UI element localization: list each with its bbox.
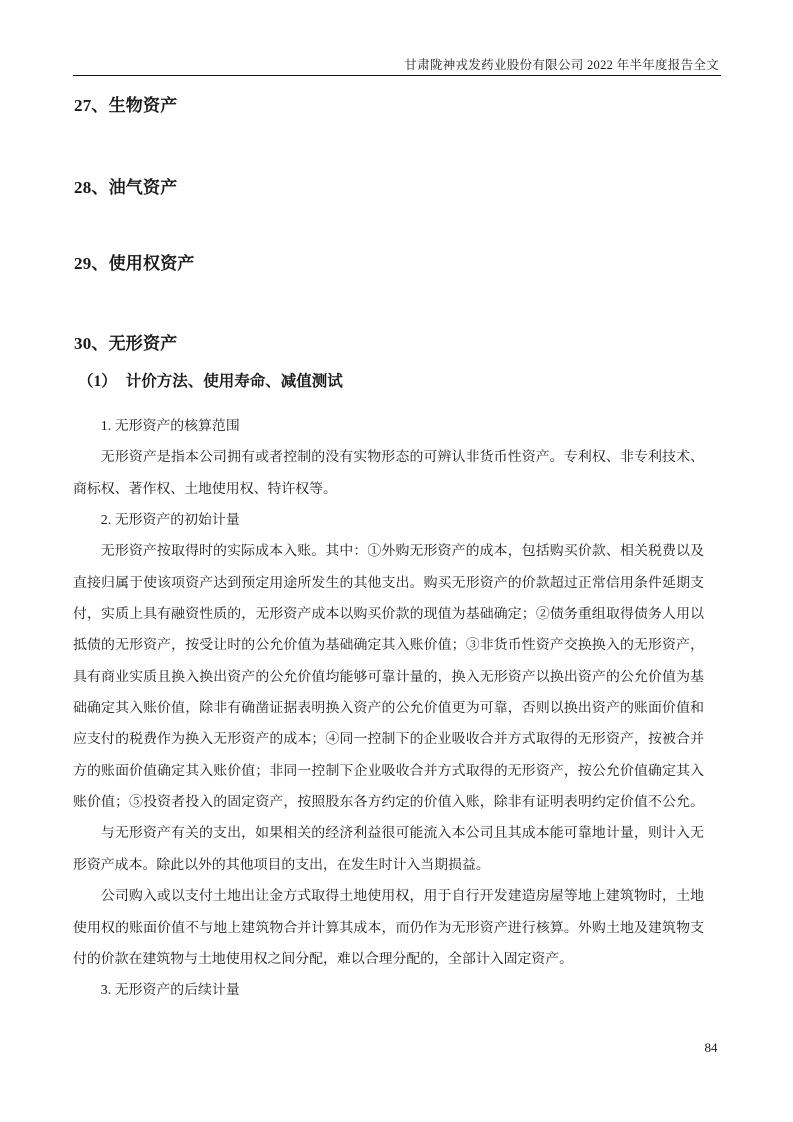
running-header: 甘肃陇神戎发药业股份有限公司 2022 年半年度报告全文 — [73, 56, 719, 74]
section-heading-28-oil-gas-assets: 28、油气资产 — [74, 176, 177, 200]
body-line: 3. 无形资产的后续计量 — [73, 975, 704, 1006]
report-page: 甘肃陇神戎发药业股份有限公司 2022 年半年度报告全文 27、生物资产 28、… — [0, 0, 793, 1122]
body-line: 础确定其入账价值，除非有确凿证据表明换入资产的公允价值更为可靠，否则以换出资产的… — [73, 693, 704, 724]
section-heading-27-biological-assets: 27、生物资产 — [74, 94, 177, 118]
page-number: 84 — [695, 1040, 727, 1056]
body-line: 账价值；⑤投资者投入的固定资产，按照股东各方约定的价值入账，除非有证明表明约定价… — [73, 787, 704, 818]
body-line: 公司购入或以支付土地出让金方式取得土地使用权，用于自行开发建造房屋等地上建筑物时… — [73, 881, 704, 912]
body-line: 与无形资产有关的支出，如果相关的经济利益很可能流入本公司且其成本能可靠地计量，则… — [73, 818, 704, 849]
header-title: 甘肃陇神戎发药业股份有限公司 2022 年半年度报告全文 — [404, 58, 719, 72]
body-text: 1. 无形资产的核算范围无形资产是指本公司拥有或者控制的没有实物形态的可辨认非货… — [73, 411, 704, 1007]
body-line: 无形资产是指本公司拥有或者控制的没有实物形态的可辨认非货币性资产。专利权、非专利… — [73, 442, 704, 473]
section-heading-29-right-of-use-assets: 29、使用权资产 — [74, 252, 195, 276]
subsection-title: 计价方法、使用寿命、减值测试 — [126, 373, 343, 390]
body-line: 付的价款在建筑物与土地使用权之间分配，难以合理分配的，全部计入固定资产。 — [73, 944, 704, 975]
body-line: 形资产成本。除此以外的其他项目的支出，在发生时计入当期损益。 — [73, 850, 704, 881]
body-line: 直接归属于使该项资产达到预定用途所发生的其他支出。购买无形资产的价款超过正常信用… — [73, 568, 704, 599]
body-line: 商标权、著作权、土地使用权、特许权等。 — [73, 474, 704, 505]
body-line: 抵债的无形资产，按受让时的公允价值为基础确定其入账价值；③非货币性资产交换换入的… — [73, 630, 704, 661]
subsection-label: （1） — [78, 373, 117, 390]
body-line: 付，实质上具有融资性质的，无形资产成本以购买价款的现值为基础确定；②债务重组取得… — [73, 599, 704, 630]
body-line: 2. 无形资产的初始计量 — [73, 505, 704, 536]
header-divider — [73, 75, 721, 76]
body-line: 无形资产按取得时的实际成本入账。其中：①外购无形资产的成本，包括购买价款、相关税… — [73, 536, 704, 567]
body-line: 方的账面价值确定其入账价值；非同一控制下企业吸收合并方式取得的无形资产，按公允价… — [73, 756, 704, 787]
subsection-heading: （1）计价方法、使用寿命、减值测试 — [78, 371, 343, 393]
body-line: 应支付的税费作为换入无形资产的成本；④同一控制下的企业吸收合并方式取得的无形资产… — [73, 724, 704, 755]
section-heading-30-intangible-assets: 30、无形资产 — [74, 332, 177, 356]
body-line: 使用权的账面价值不与地上建筑物合并计算其成本，而仍作为无形资产进行核算。外购土地… — [73, 913, 704, 944]
body-line: 1. 无形资产的核算范围 — [73, 411, 704, 442]
body-line: 具有商业实质且换入换出资产的公允价值均能够可靠计量的，换入无形资产以换出资产的公… — [73, 662, 704, 693]
